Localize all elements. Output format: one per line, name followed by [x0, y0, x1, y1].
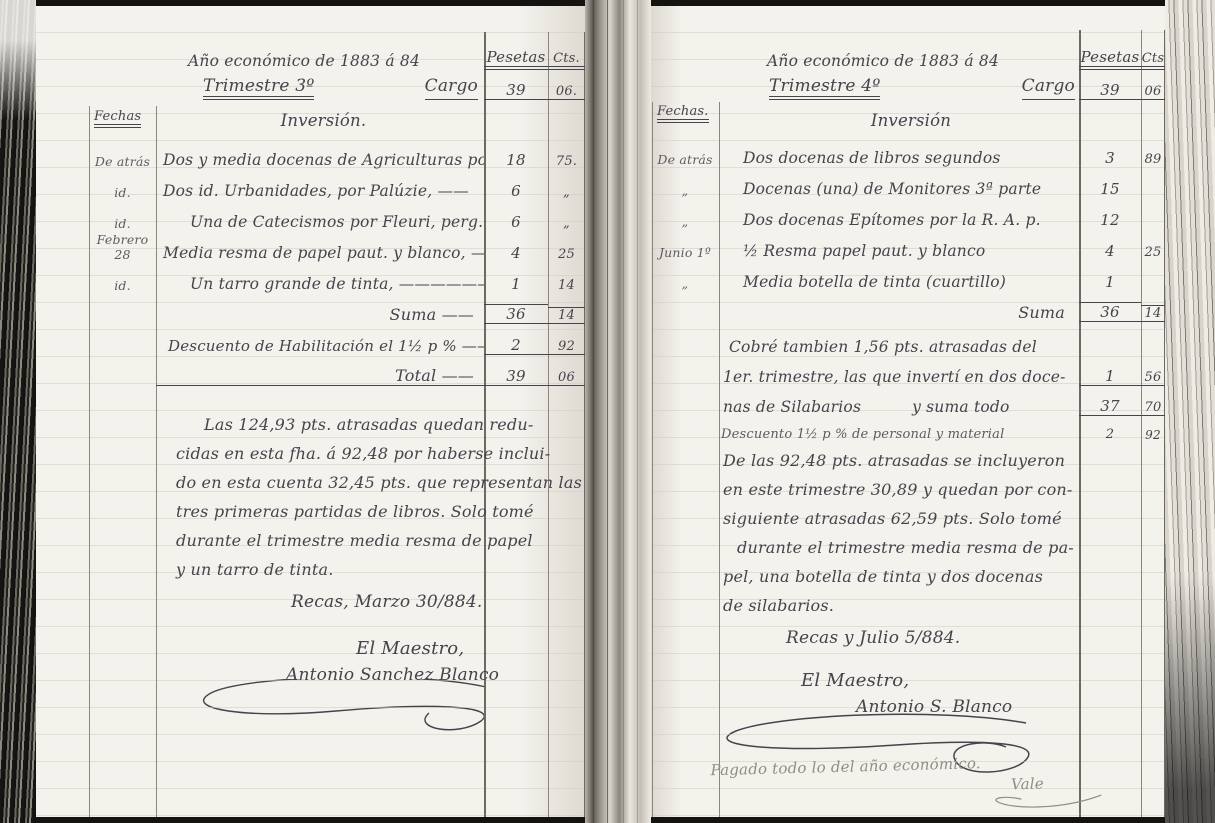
row-date: id.: [89, 278, 156, 293]
row-cts: 89: [1141, 152, 1165, 167]
right-cargo-label: Cargo: [1022, 76, 1075, 100]
row-description: Docenas (una) de Monitores 3ª parte: [719, 180, 1079, 198]
suma-row: Suma 36 14: [651, 291, 1165, 322]
ledger-row: De atrás Dos docenas de libros segundos …: [651, 136, 1165, 167]
total-row: Total —— 39 06: [36, 355, 585, 386]
gutter-fold-line: [593, 0, 594, 823]
note-line: durante el trimestre media resma de pape…: [176, 526, 585, 555]
cobre-text: 1er. trimestre, las que invertí en dos d…: [719, 368, 1079, 386]
row-pesetas: 6: [484, 213, 548, 231]
right-page: Fechas. Año económico de 1883 á 84 Peset…: [651, 6, 1165, 817]
book-right-page-stack-edge: [1165, 0, 1215, 823]
note-line: siguiente atrasadas 62,59 pts. Solo tomé: [723, 504, 1165, 533]
note-line: do en esta cuenta 32,45 pts. que represe…: [176, 468, 585, 497]
total-label: Total ——: [156, 366, 484, 386]
right-title: Año económico de 1883 á 84: [719, 52, 1079, 70]
descuento-label: Descuento 1½ p % de personal y material: [719, 427, 1079, 442]
left-dateline: Recas, Marzo 30/884.: [291, 592, 585, 612]
suma-todo-label: y suma todo: [912, 398, 1010, 416]
row-cts: 25: [548, 247, 585, 262]
left-inversion-heading: Inversión.: [281, 111, 367, 130]
row-description: Media resma de papel paut. y blanco, ———: [156, 244, 484, 262]
ledger-row: „ Docenas (una) de Monitores 3ª parte 15: [651, 167, 1165, 198]
cobre-pesetas: 1: [1079, 367, 1141, 386]
row-pesetas: 6: [484, 182, 548, 200]
suma-label: Suma ——: [156, 305, 484, 324]
note-line: tres primeras partidas de libros. Solo t…: [176, 497, 585, 526]
ledger-row: „ Dos docenas Epítomes por la R. A. p. 1…: [651, 198, 1165, 229]
descuento-cts: 92: [548, 339, 585, 355]
row-description: Dos y media docenas de Agriculturas por …: [156, 151, 484, 169]
cobre-text: Cobré tambien 1,56 pts. atrasadas del: [719, 338, 1079, 356]
total-pesetas: 39: [484, 367, 548, 386]
ledger-row: id. Una de Catecismos por Fleuri, perg. …: [36, 200, 585, 231]
cobre-text: nas de Silabarios: [723, 398, 861, 416]
suma-cts: 14: [548, 307, 585, 324]
note-line: de silabarios.: [723, 591, 1165, 620]
row-pesetas: 18: [484, 151, 548, 169]
right-trimestre-label: Trimestre 4º: [769, 76, 880, 100]
cobre-line-2: 1er. trimestre, las que invertí en dos d…: [651, 356, 1165, 386]
row-pesetas: 3: [1079, 149, 1141, 167]
left-trimestre-label: Trimestre 3º: [203, 76, 314, 100]
suma-row: Suma —— 36 14: [36, 293, 585, 324]
row-description: Dos docenas Epítomes por la R. A. p.: [719, 211, 1079, 229]
right-note-paragraph: De las 92,48 pts. atrasadas se incluyero…: [723, 446, 1165, 620]
row-pesetas: 1: [1079, 273, 1141, 291]
row-description: ½ Resma papel paut. y blanco: [719, 242, 1079, 260]
row-date: „: [651, 214, 719, 229]
row-description: Media botella de tinta (cuartillo): [719, 273, 1079, 291]
row-description: Dos id. Urbanidades, por Palúzie, ——: [156, 182, 484, 200]
ledger-row: Febrero 28 Media resma de papel paut. y …: [36, 231, 585, 262]
row-description: Una de Catecismos por Fleuri, perg. —: [156, 213, 484, 231]
row-date: Febrero 28: [89, 232, 156, 262]
row-date: „: [651, 276, 719, 291]
gutter-fold-line: [607, 0, 608, 823]
row-pesetas: 4: [1079, 242, 1141, 260]
suma-pesetas: 36: [1079, 302, 1141, 322]
book-left-page-stack-edge: [0, 0, 36, 823]
right-signature-role: El Maestro,: [801, 670, 1165, 691]
note-line: pel, una botella de tinta y dos docenas: [723, 562, 1165, 591]
row-description: Un tarro grande de tinta, —————————: [156, 275, 484, 293]
row-pesetas: 4: [484, 244, 548, 262]
ledger-book-scan: Fechas Año económico de 1883 á 84 Peseta…: [0, 0, 1215, 823]
left-cargo-pesetas: 39: [484, 81, 548, 100]
cobre-cts: 56: [1141, 370, 1165, 386]
note-line: Las 124,93 pts. atrasadas quedan redu-: [176, 410, 585, 439]
right-cts-column-header: Cts: [1141, 51, 1165, 70]
note-line: en este trimestre 30,89 y quedan por con…: [723, 475, 1165, 504]
left-pesetas-column-header: Pesetas: [484, 48, 548, 70]
row-date: „: [651, 183, 719, 198]
right-dateline: Recas y Julio 5/884.: [786, 628, 1165, 648]
suma-label: Suma: [719, 303, 1079, 322]
suma-pesetas: 36: [484, 304, 548, 324]
cobre-line-3: nas de Silabarios y suma todo 37 70: [651, 386, 1165, 416]
row-pesetas: 12: [1079, 211, 1141, 229]
cobre-total-cts: 70: [1141, 400, 1165, 416]
ledger-row: „ Media botella de tinta (cuartillo) 1: [651, 260, 1165, 291]
right-cargo-cts: 06: [1141, 84, 1165, 100]
row-date: id.: [89, 185, 156, 200]
row-date: De atrás: [651, 152, 719, 167]
ledger-row: Junio 1º ½ Resma papel paut. y blanco 4 …: [651, 229, 1165, 260]
descuento-pesetas: 2: [484, 336, 548, 355]
ledger-row: id. Dos id. Urbanidades, por Palúzie, ——…: [36, 169, 585, 200]
cobre-line-1: Cobré tambien 1,56 pts. atrasadas del: [651, 326, 1165, 356]
ledger-row: De atrás Dos y media docenas de Agricult…: [36, 138, 585, 169]
row-pesetas: 15: [1079, 180, 1141, 198]
left-cargo-cts: 06.: [548, 84, 585, 100]
row-cts: „: [548, 216, 585, 231]
total-cts: 06: [548, 370, 585, 386]
row-cts: 75.: [548, 154, 585, 169]
descuento-label: Descuento de Habilitación el 1½ p % ———: [156, 337, 484, 355]
row-pesetas: 1: [484, 275, 548, 293]
left-page: Fechas Año económico de 1883 á 84 Peseta…: [36, 6, 585, 817]
right-inversion-heading: Inversión: [871, 111, 951, 130]
descuento-cts: 92: [1141, 428, 1165, 442]
book-binding-gutter: [585, 0, 651, 823]
pencil-footnote: Pagado todo lo del año económico. Vale: [710, 751, 1111, 823]
note-line: De las 92,48 pts. atrasadas se incluyero…: [723, 446, 1165, 475]
row-date: De atrás: [89, 154, 156, 169]
gutter-fold-line: [637, 0, 638, 823]
row-description: Dos docenas de libros segundos: [719, 149, 1079, 167]
cobre-total-pesetas: 37: [1079, 397, 1141, 416]
right-pesetas-column-header: Pesetas: [1079, 48, 1141, 70]
left-signature-role: El Maestro,: [356, 638, 585, 659]
descuento-row: Descuento de Habilitación el 1½ p % ——— …: [36, 324, 585, 355]
note-line: cidas en esta fha. á 92,48 por haberse i…: [176, 439, 585, 468]
descuento-row: Descuento 1½ p % de personal y material …: [651, 416, 1165, 442]
footnote-vale: Vale: [1011, 773, 1111, 794]
signature-flourish: [186, 679, 516, 739]
left-note-paragraph: Las 124,93 pts. atrasadas quedan redu- c…: [176, 410, 585, 584]
ledger-row: id. Un tarro grande de tinta, ————————— …: [36, 262, 585, 293]
right-cargo-pesetas: 39: [1079, 81, 1141, 100]
right-signature-name: Antonio S. Blanco: [856, 697, 1165, 717]
note-line: durante el trimestre media resma de pa-: [723, 533, 1165, 562]
descuento-pesetas: 2: [1079, 427, 1141, 442]
suma-cts: 14: [1141, 305, 1165, 322]
left-title: Año económico de 1883 á 84: [156, 52, 484, 70]
footnote-flourish: [991, 791, 1111, 812]
row-cts: 25: [1141, 245, 1165, 260]
left-cargo-label: Cargo: [425, 76, 478, 100]
left-signature-name: Antonio Sanchez Blanco: [286, 665, 585, 685]
row-cts: 14: [548, 278, 585, 293]
gutter-fold-line: [623, 0, 624, 823]
row-date: id.: [89, 216, 156, 231]
left-cts-column-header: Cts.: [548, 51, 585, 70]
row-date: Junio 1º: [651, 245, 719, 260]
row-cts: „: [548, 185, 585, 200]
note-line: y un tarro de tinta.: [176, 555, 585, 584]
